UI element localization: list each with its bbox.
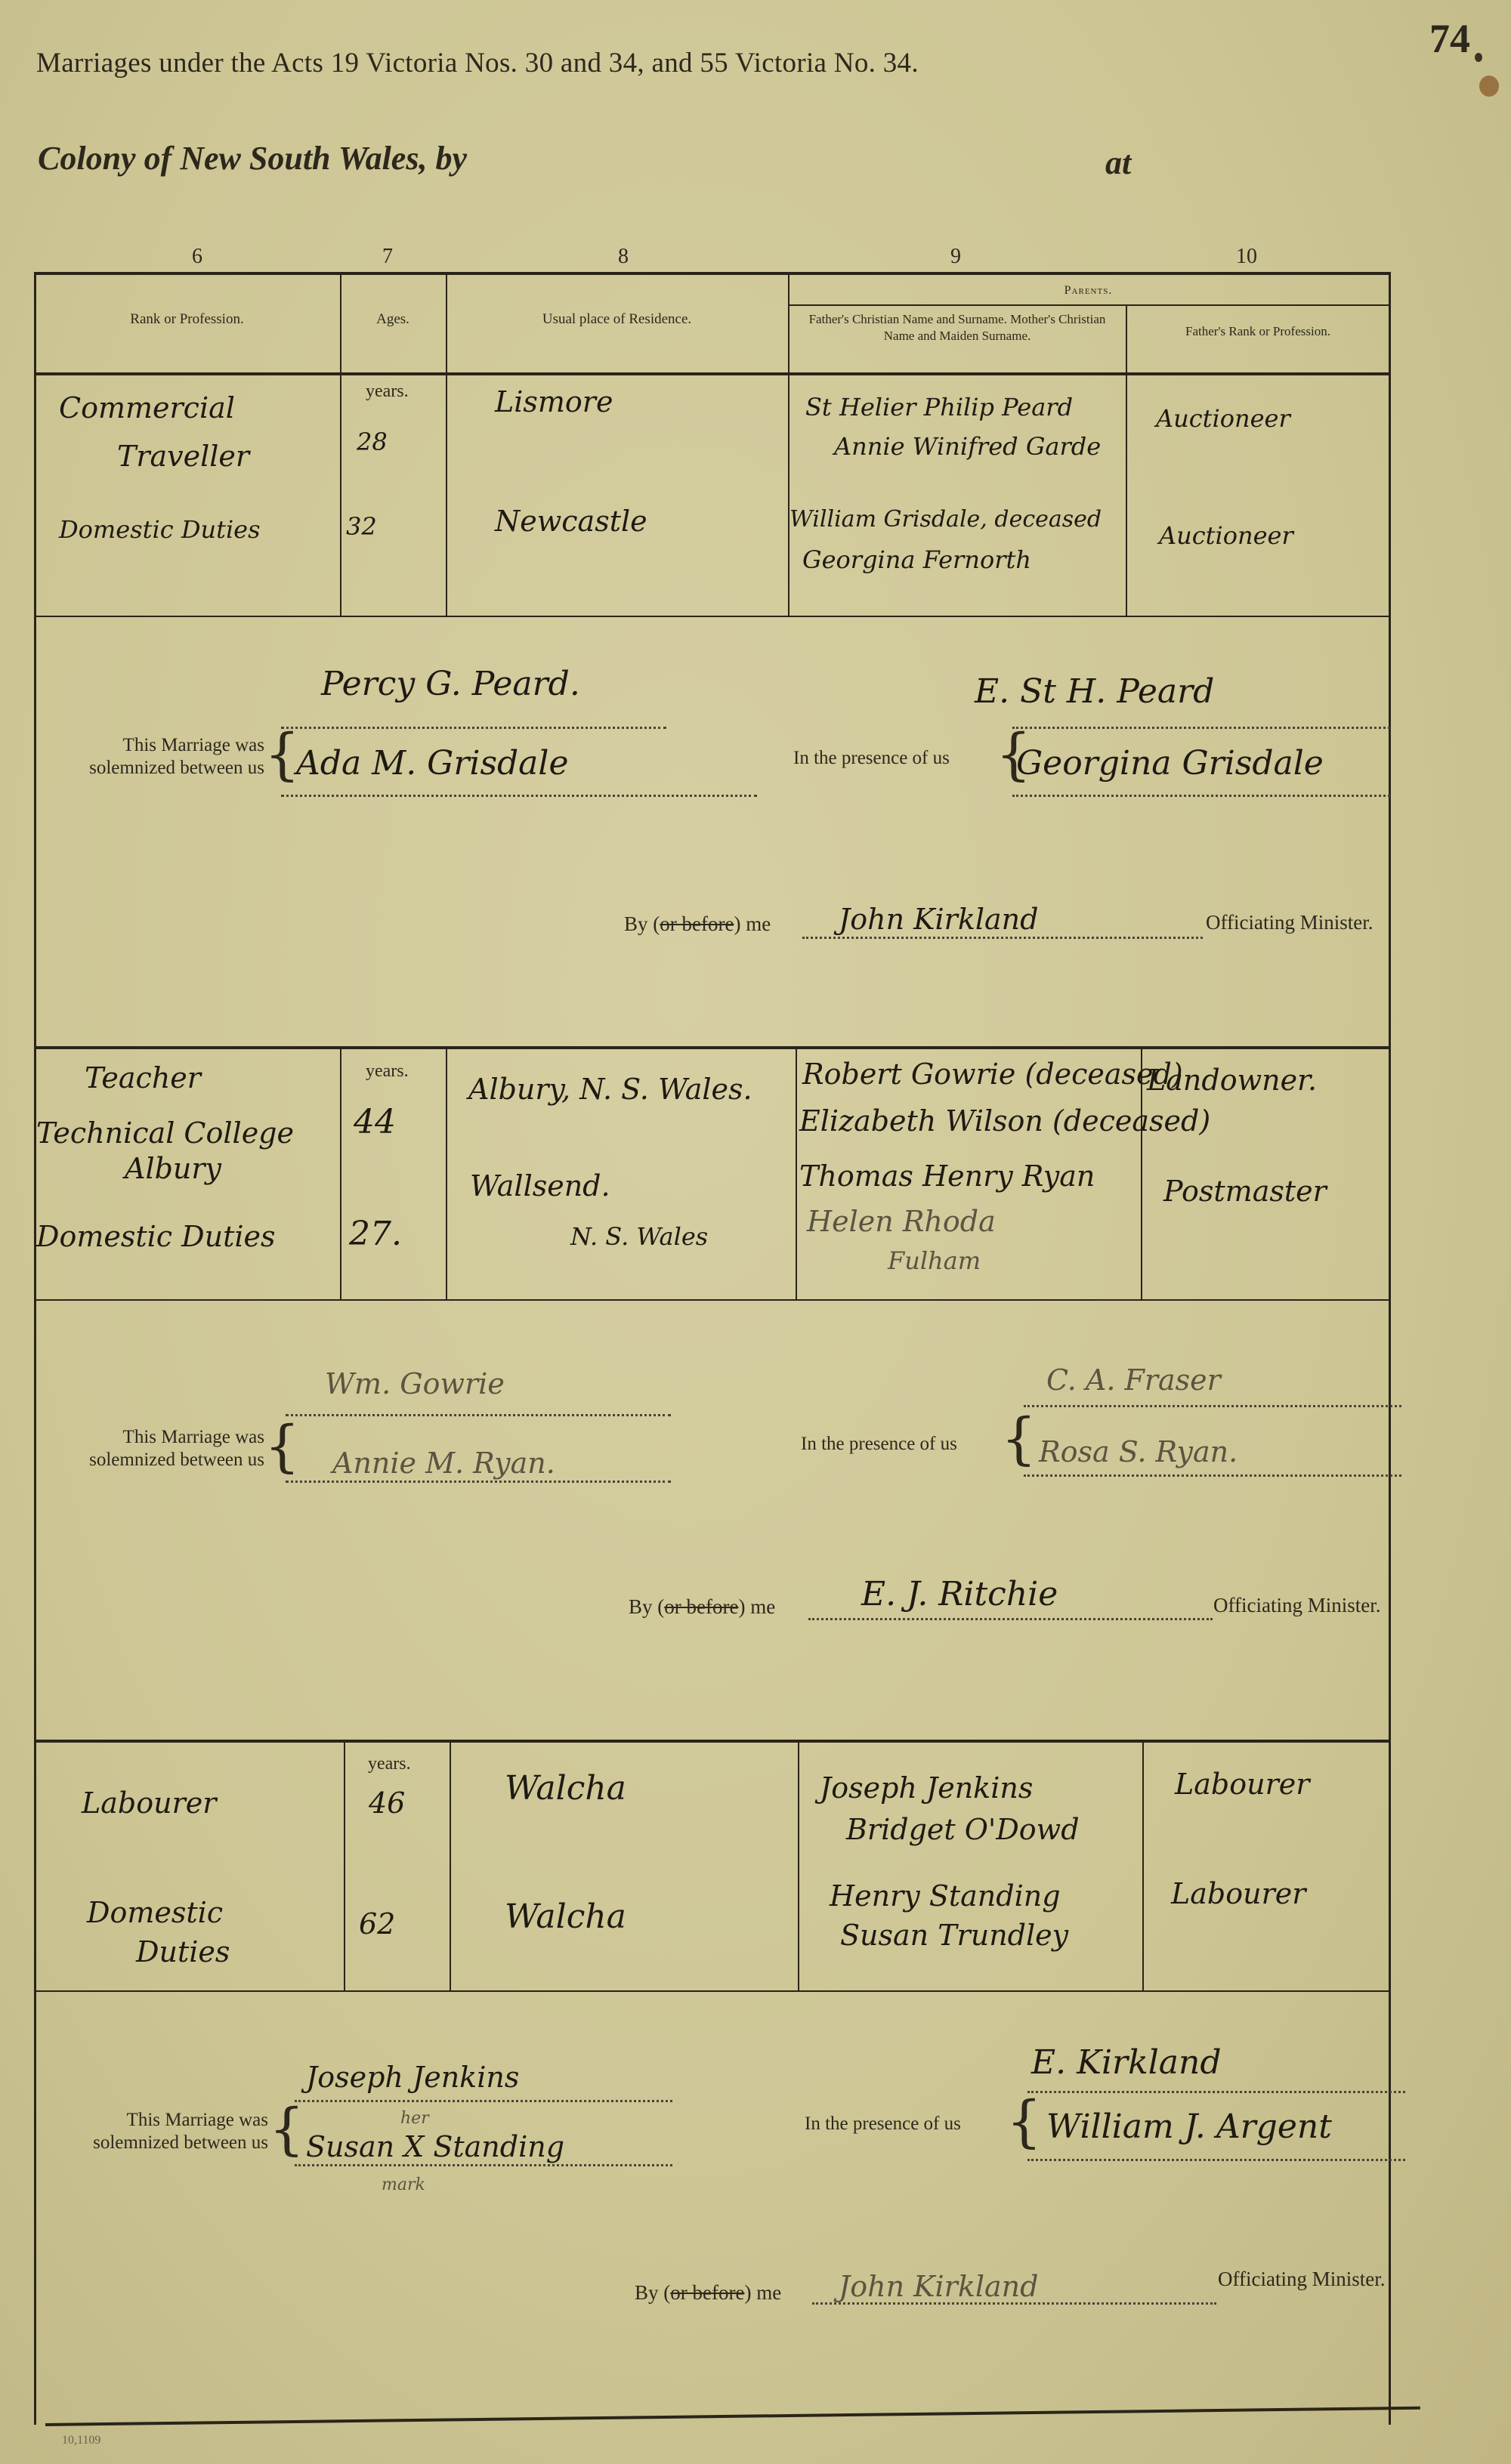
entry-separator [34, 1740, 1389, 1743]
groom-rank-cont2: Albury [125, 1152, 221, 1185]
groom-signature: Wm. Gowrie [325, 1367, 505, 1400]
colony-label: Colony of New South Wales, by [38, 139, 467, 178]
column-number-9: 9 [950, 245, 961, 269]
table-top-rule [34, 272, 1389, 275]
years-label: years. [368, 1754, 411, 1774]
col-divider [344, 1742, 345, 1991]
brace: { [1006, 2094, 1042, 2150]
print-mark: 10,1109 [62, 2434, 100, 2447]
column-number-10: 10 [1236, 245, 1257, 269]
bride-her-label: her [400, 2109, 429, 2128]
bride-father-rank: Auctioneer [1159, 521, 1293, 550]
groom-mother-name: Bridget O'Dowd [846, 1813, 1080, 1846]
col-divider [796, 1048, 797, 1299]
entry-divider [34, 1299, 1389, 1301]
signature-line [295, 2164, 672, 2166]
bride-age: 62 [359, 1907, 395, 1941]
witness2-signature: William J. Argent [1046, 2107, 1332, 2146]
groom-rank-cont: Traveller [117, 440, 249, 473]
header-residence: Usual place of Residence. [446, 311, 788, 328]
groom-age: 46 [369, 1786, 405, 1820]
bride-signature: Annie M. Ryan. [332, 1447, 555, 1480]
bride-rank-cont: Duties [136, 1935, 230, 1968]
signature-line [1027, 2159, 1405, 2161]
groom-rank: Labourer [82, 1786, 216, 1820]
column-number-8: 8 [618, 245, 629, 269]
col-divider [340, 1048, 341, 1299]
column-number-6: 6 [192, 245, 202, 269]
signature-line [812, 2302, 1216, 2305]
col-divider [1126, 374, 1127, 616]
column-number-7: 7 [382, 245, 393, 269]
brace: { [1001, 1411, 1037, 1467]
signature-line [1012, 795, 1390, 797]
witness1-signature: C. A. Fraser [1046, 1363, 1221, 1397]
bride-signature: Susan X Standing [306, 2130, 564, 2163]
presence-label: In the presence of us [805, 2114, 961, 2135]
signature-line [808, 1618, 1213, 1620]
header-rank: Rank or Profession. [34, 311, 340, 328]
bride-father-name: William Grisdale, deceased [789, 506, 1102, 533]
presence-label: In the presence of us [793, 748, 950, 769]
bride-rank: Domestic Duties [36, 1220, 276, 1253]
entry-separator [34, 1046, 1389, 1049]
officiating-label: Officiating Minister. [1213, 1594, 1380, 1617]
bride-father-name: Thomas Henry Ryan [799, 1159, 1095, 1193]
bride-father-name: Henry Standing [830, 1879, 1061, 1913]
groom-mother-name: Annie Winifred Garde [834, 432, 1101, 461]
bride-age: 32 [346, 512, 377, 541]
witness1-signature: E. St H. Peard [975, 672, 1214, 711]
groom-rank-cont: Technical College [36, 1116, 294, 1150]
col-divider [788, 374, 789, 616]
officiating-label: Officiating Minister. [1206, 911, 1373, 934]
groom-father-name: St Helier Philip Peard [805, 393, 1073, 421]
col-divider [798, 1742, 799, 1991]
parents-subrule [788, 304, 1389, 306]
groom-rank: Commercial [59, 391, 235, 425]
header-parents: Parents. [788, 283, 1389, 299]
header-father-rank: Father's Rank or Profession. [1148, 323, 1367, 340]
bride-mother-name-cont: Fulham [888, 1246, 981, 1275]
bride-father-rank: Postmaster [1163, 1175, 1327, 1208]
minister-signature: John Kirkland [839, 2270, 1038, 2303]
groom-signature: Joseph Jenkins [306, 2061, 519, 2094]
brace: { [269, 2101, 304, 2157]
signature-line [1012, 727, 1390, 729]
witness1-signature: E. Kirkland [1031, 2043, 1222, 2082]
groom-father-name: Robert Gowrie (deceased) [802, 1058, 1183, 1091]
witness2-signature: Georgina Grisdale [1016, 744, 1324, 783]
header-ages: Ages. [340, 311, 446, 328]
groom-mother-name: Elizabeth Wilson (deceased) [799, 1104, 1210, 1138]
col-divider [446, 374, 447, 616]
by-label: By (or before) me [635, 2281, 781, 2305]
ink-stain [1479, 76, 1499, 97]
bride-rank: Domestic Duties [59, 515, 261, 544]
signature-line [286, 1414, 671, 1416]
signature-line [281, 727, 666, 729]
solemnized-label: This Marriage was solemnized between us [42, 2109, 268, 2154]
groom-rank: Teacher [85, 1061, 201, 1095]
years-label: years. [366, 381, 409, 402]
bride-residence-cont: N. S. Wales [570, 1222, 708, 1251]
groom-father-name: Joseph Jenkins [820, 1771, 1033, 1805]
bride-father-rank: Labourer [1171, 1877, 1306, 1910]
brace: { [264, 1419, 300, 1474]
ink-stain [1475, 53, 1482, 62]
bride-mother-name: Helen Rhoda [807, 1205, 996, 1238]
signature-line [281, 795, 757, 797]
groom-signature: Percy G. Peard. [321, 665, 580, 703]
bride-residence: Wallsend. [470, 1169, 610, 1203]
groom-age: 28 [357, 428, 388, 456]
groom-residence: Walcha [505, 1769, 626, 1808]
register-table [34, 272, 1391, 2425]
col-divider [1142, 1742, 1144, 1991]
at-label: at [1105, 144, 1131, 182]
solemnized-label: This Marriage was solemnized between us [38, 1426, 264, 1471]
brace: { [264, 727, 300, 783]
bride-rank: Domestic [87, 1896, 223, 1929]
form-title: Marriages under the Acts 19 Victoria Nos… [36, 47, 919, 79]
by-label: By (or before) me [629, 1595, 775, 1619]
witness2-signature: Rosa S. Ryan. [1039, 1435, 1238, 1468]
col-divider [340, 374, 341, 616]
header-parents-names: Father's Christian Name and Surname. Mot… [795, 311, 1120, 344]
signature-line [286, 1481, 671, 1483]
officiating-label: Officiating Minister. [1218, 2268, 1385, 2291]
bride-residence: Walcha [505, 1897, 626, 1936]
years-label: years. [366, 1061, 409, 1082]
groom-father-rank: Landowner. [1147, 1064, 1317, 1097]
bride-mother-name: Georgina Fernorth [802, 545, 1031, 574]
col-divider [1126, 306, 1127, 374]
groom-father-rank: Labourer [1175, 1768, 1309, 1801]
presence-label: In the presence of us [801, 1434, 957, 1455]
col-divider [446, 1048, 447, 1299]
groom-age: 44 [354, 1103, 396, 1141]
bride-mark-label: mark [382, 2175, 425, 2194]
signature-line [295, 2100, 672, 2102]
minister-signature: E. J. Ritchie [861, 1575, 1058, 1613]
signature-line [802, 937, 1203, 939]
entry-divider [34, 1990, 1389, 1992]
col-divider [450, 1742, 451, 1991]
minister-signature: John Kirkland [839, 903, 1038, 936]
bride-age: 27. [349, 1215, 402, 1253]
entry-divider [34, 616, 1389, 617]
signature-line [1024, 1474, 1401, 1477]
bride-mother-name: Susan Trundley [840, 1919, 1068, 1952]
solemnized-label: This Marriage was solemnized between us [38, 734, 264, 780]
bride-residence: Newcastle [495, 505, 647, 538]
signature-line [1024, 1405, 1401, 1407]
by-label: By (or before) me [624, 912, 771, 936]
signature-line [1027, 2091, 1405, 2093]
groom-residence: Lismore [495, 385, 613, 418]
groom-father-rank: Auctioneer [1156, 404, 1290, 433]
bride-signature: Ada M. Grisdale [296, 744, 569, 783]
header-bottom-rule [34, 372, 1389, 375]
page-number: 74 [1429, 15, 1470, 62]
groom-residence: Albury, N. S. Wales. [468, 1073, 752, 1106]
